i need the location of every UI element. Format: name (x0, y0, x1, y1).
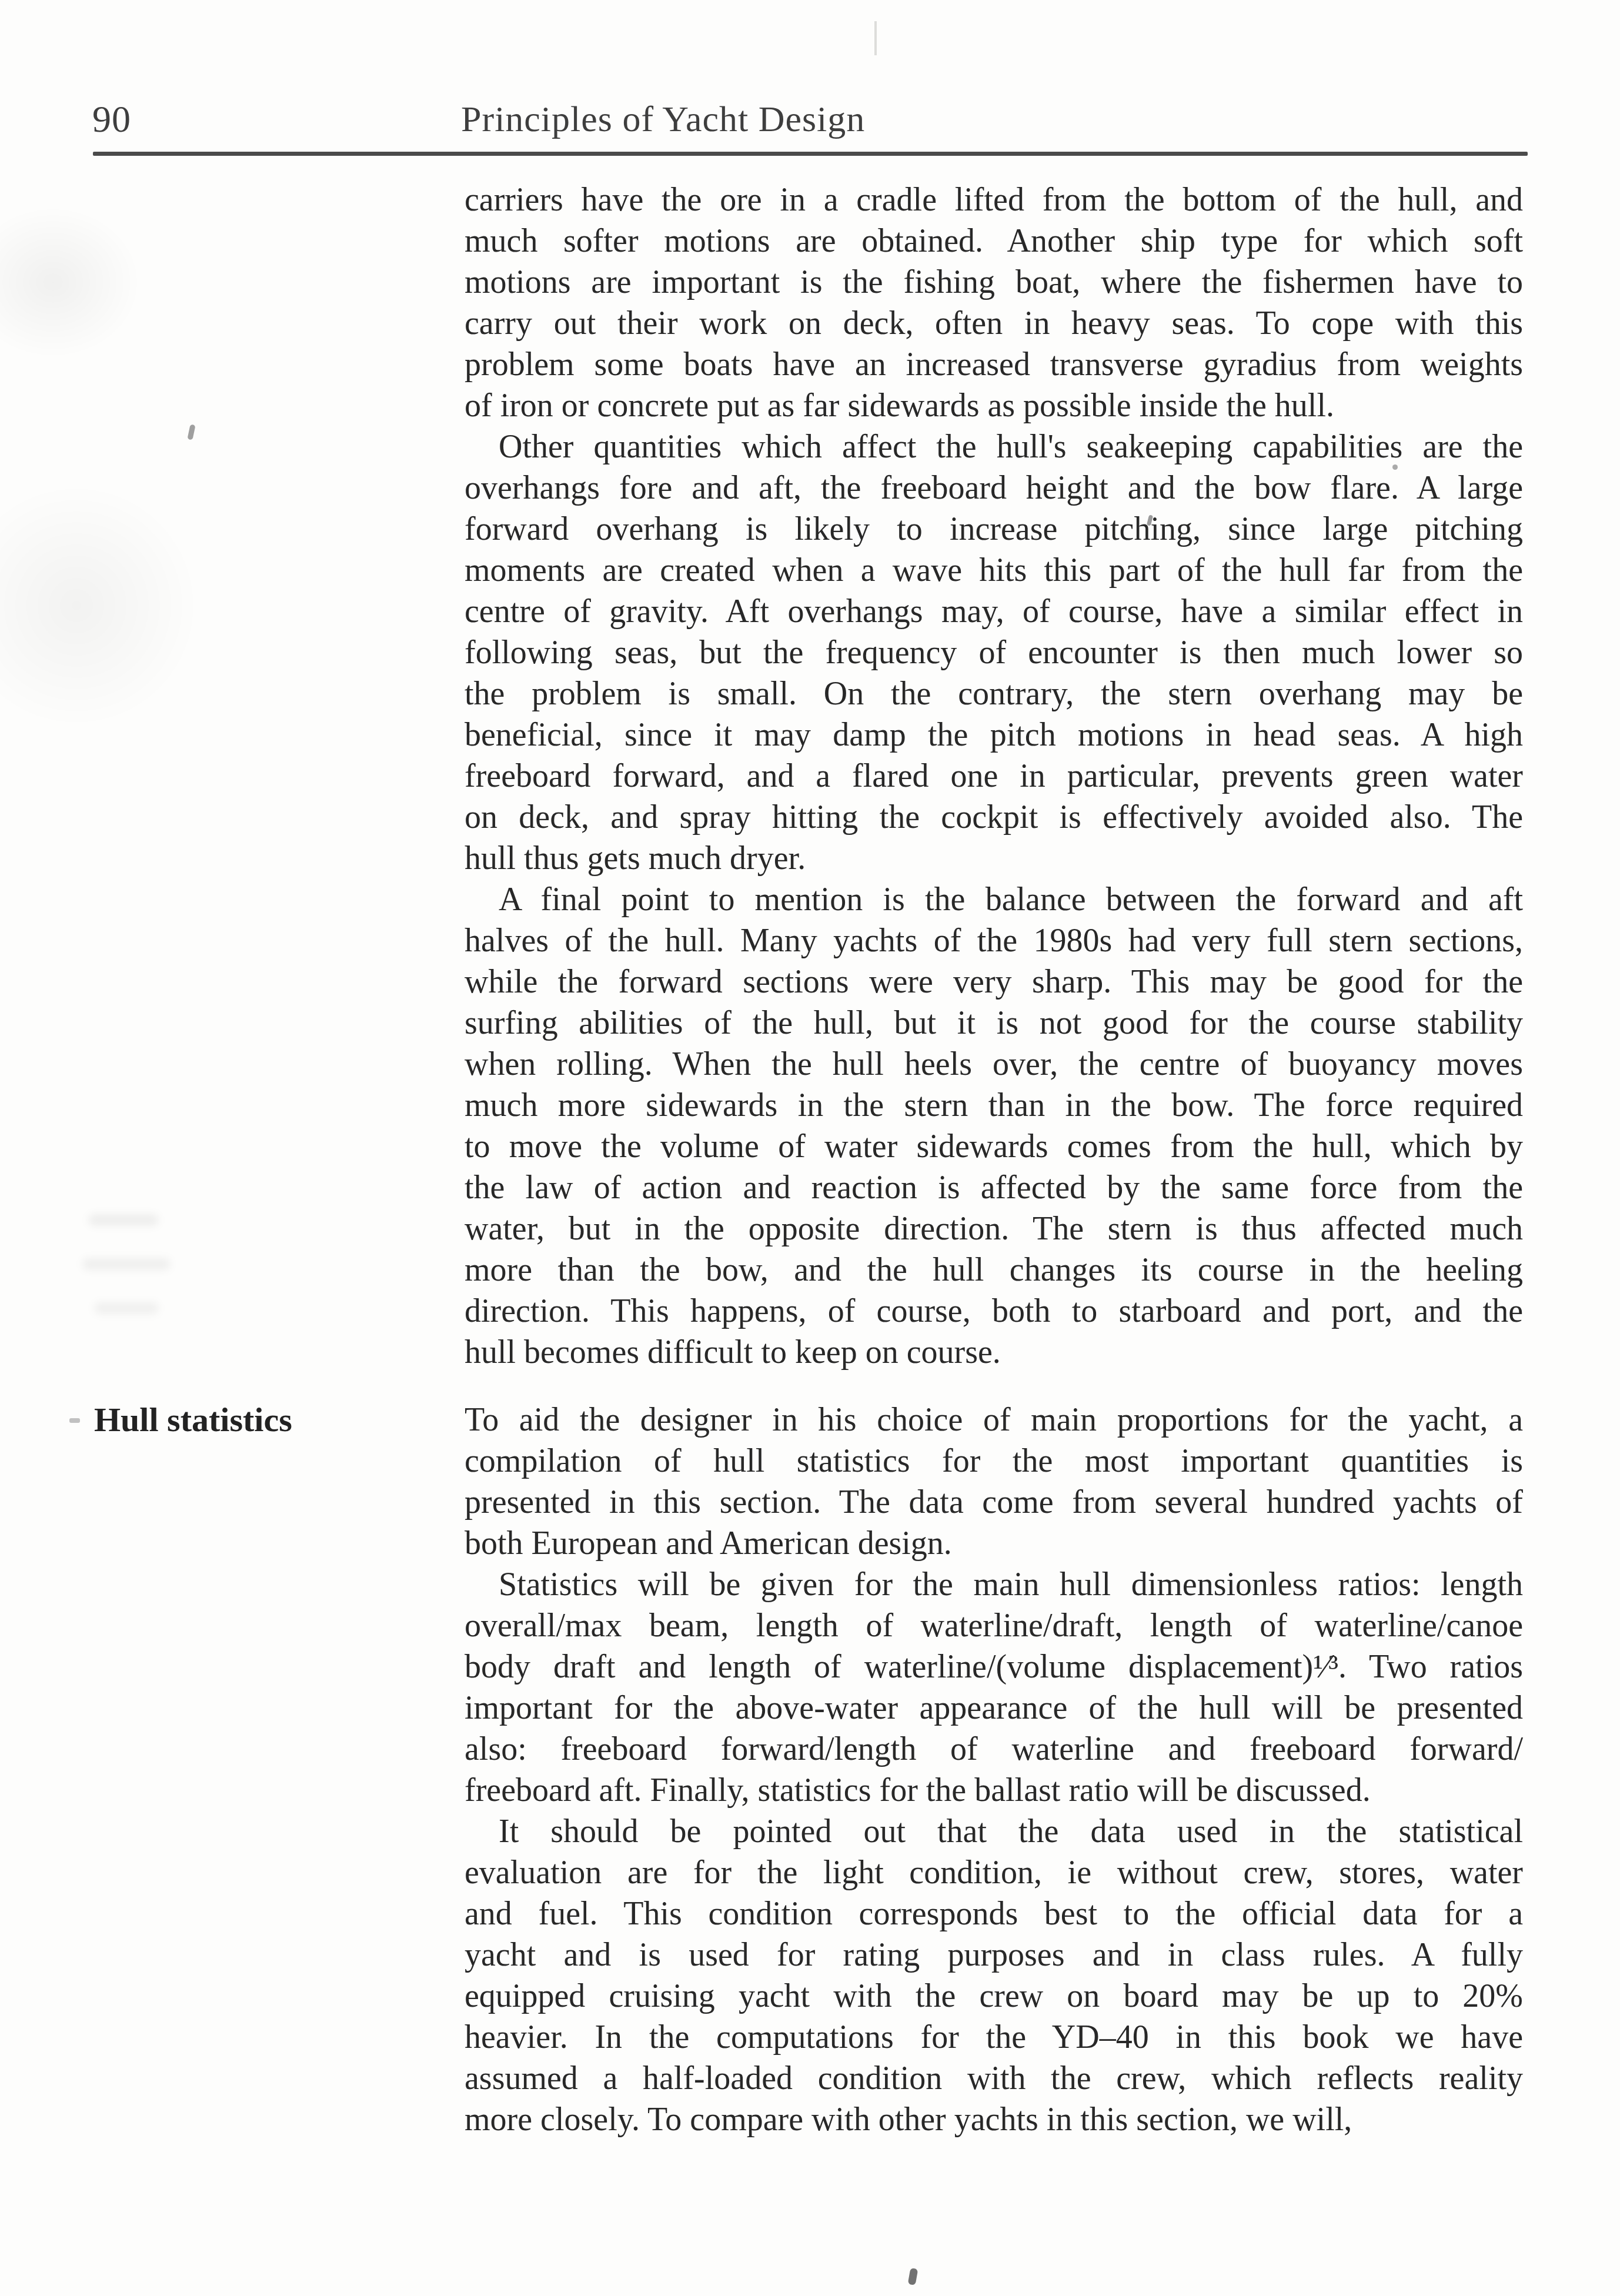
scan-speck (69, 1418, 80, 1423)
text-line: the problem is small. On the contrary, t… (465, 673, 1523, 714)
paragraph: Other quantities which affect the hull's… (465, 426, 1523, 879)
scan-speck (908, 2268, 918, 2285)
text-line: of iron or concrete put as far sidewards… (465, 385, 1523, 426)
scan-smudge (0, 206, 141, 359)
scan-smudge (94, 1302, 159, 1314)
text-line: heavier. In the computations for the YD–… (465, 2017, 1523, 2058)
text-line: surfing abilities of the hull, but it is… (465, 1002, 1523, 1044)
text-line: It should be pointed out that the data u… (465, 1811, 1523, 1852)
text-line: overhangs fore and aft, the freeboard he… (465, 467, 1523, 509)
text-line: moments are created when a wave hits thi… (465, 550, 1523, 591)
paragraph: carriers have the ore in a cradle lifted… (465, 179, 1523, 426)
text-line: water, but in the opposite direction. Th… (465, 1208, 1523, 1249)
text-line: body draft and length of waterline/(volu… (465, 1646, 1523, 1687)
text-line: direction. This happens, of course, both… (465, 1291, 1523, 1332)
text-line: problem some boats have an increased tra… (465, 344, 1523, 385)
header-rule (93, 152, 1528, 156)
text-line: A final point to mention is the balance … (465, 879, 1523, 920)
text-line: the law of action and reaction is affect… (465, 1167, 1523, 1208)
section-heading: Hull statistics (94, 1399, 447, 1441)
text-line: compilation of hull statistics for the m… (465, 1441, 1523, 1482)
text-line: equipped cruising yacht with the crew on… (465, 1976, 1523, 2017)
text-line: to move the volume of water sidewards co… (465, 1126, 1523, 1167)
text-line: on deck, and spray hitting the cockpit i… (465, 797, 1523, 838)
text-line: To aid the designer in his choice of mai… (465, 1399, 1523, 1441)
text-line: overall/max beam, length of waterline/dr… (465, 1605, 1523, 1646)
text-line: Other quantities which affect the hull's… (465, 426, 1523, 467)
text-line: both European and American design. (465, 1523, 1523, 1564)
text-line: also: freeboard forward/length of waterl… (465, 1729, 1523, 1770)
text-line: more closely. To compare with other yach… (465, 2099, 1523, 2140)
paragraph: To aid the designer in his choice of mai… (465, 1399, 1523, 1564)
body-text: carriers have the ore in a cradle lifted… (465, 179, 1523, 2140)
text-line: carriers have the ore in a cradle lifted… (465, 179, 1523, 220)
text-line: assumed a half-loaded condition with the… (465, 2058, 1523, 2099)
text-line: much softer motions are obtained. Anothe… (465, 220, 1523, 262)
text-line: while the forward sections were very sha… (465, 961, 1523, 1002)
text-line: Statistics will be given for the main hu… (465, 1564, 1523, 1605)
text-line: freeboard forward, and a flared one in p… (465, 756, 1523, 797)
text-line: freeboard aft. Finally, statistics for t… (465, 1770, 1523, 1811)
text-line: and fuel. This condition corresponds bes… (465, 1893, 1523, 1934)
text-line: forward overhang is likely to increase p… (465, 509, 1523, 550)
text-line: yacht and is used for rating purposes an… (465, 1934, 1523, 1976)
text-line: following seas, but the frequency of enc… (465, 632, 1523, 673)
text-line: much more sidewards in the stern than in… (465, 1085, 1523, 1126)
text-line: halves of the hull. Many yachts of the 1… (465, 920, 1523, 961)
text-line: hull becomes difficult to keep on course… (465, 1332, 1523, 1373)
text-line: presented in this section. The data come… (465, 1482, 1523, 1523)
scan-speck (874, 21, 877, 55)
text-line: more than the bow, and the hull changes … (465, 1249, 1523, 1291)
paragraph: A final point to mention is the balance … (465, 879, 1523, 1373)
scan-smudge (82, 1258, 171, 1270)
paragraph: It should be pointed out that the data u… (465, 1811, 1523, 2140)
text-line: hull thus gets much dryer. (465, 838, 1523, 879)
text-line: beneficial, since it may damp the pitch … (465, 714, 1523, 756)
text-line: important for the above-water appearance… (465, 1687, 1523, 1729)
running-title: Principles of Yacht Design (461, 99, 865, 140)
text-line: centre of gravity. Aft overhangs may, of… (465, 591, 1523, 632)
page-number: 90 (92, 99, 131, 140)
paragraph: Statistics will be given for the main hu… (465, 1564, 1523, 1811)
text-line: when rolling. When the hull heels over, … (465, 1044, 1523, 1085)
text-line: carry out their work on deck, often in h… (465, 303, 1523, 344)
text-line: motions are important is the fishing boa… (465, 262, 1523, 303)
scan-smudge (88, 1214, 159, 1226)
text-line: evaluation are for the light condition, … (465, 1852, 1523, 1893)
scan-smudge (0, 482, 200, 729)
scan-speck (187, 424, 195, 440)
book-page: 90 Principles of Yacht Design Hull stati… (0, 0, 1620, 2296)
